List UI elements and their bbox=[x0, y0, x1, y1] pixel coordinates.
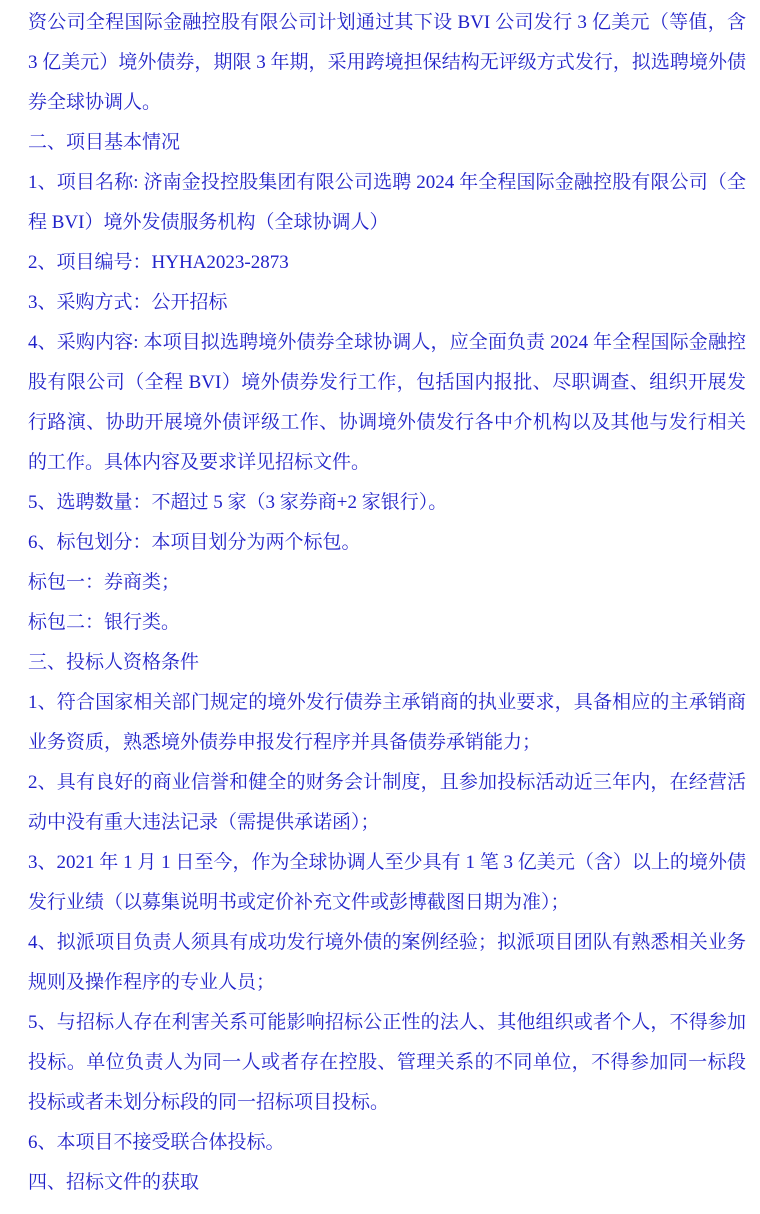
qualification-item-5: 5、与招标人存在利害关系可能影响招标公正性的法人、其他组织或者个人，不得参加投标… bbox=[28, 1003, 746, 1123]
qualification-item-2: 2、具有良好的商业信誉和健全的财务会计制度，且参加投标活动近三年内，在经营活动中… bbox=[28, 763, 746, 843]
qualification-item-1: 1、符合国家相关部门规定的境外发行债券主承销商的执业要求，具备相应的主承销商业务… bbox=[28, 683, 746, 763]
item-procurement-content: 4、采购内容: 本项目拟选聘境外债券全球协调人，应全面负责 2024 年全程国际… bbox=[28, 323, 746, 483]
item-package-one: 标包一：券商类； bbox=[28, 563, 746, 603]
paragraph-intro-continuation: 资公司全程国际金融控股有限公司计划通过其下设 BVI 公司发行 3 亿美元（等值… bbox=[28, 3, 746, 123]
item-project-number: 2、项目编号：HYHA2023-2873 bbox=[28, 243, 746, 283]
item-project-name: 1、项目名称: 济南金投控股集团有限公司选聘 2024 年全程国际金融控股有限公… bbox=[28, 163, 746, 243]
qualification-item-3: 3、2021 年 1 月 1 日至今，作为全球协调人至少具有 1 笔 3 亿美元… bbox=[28, 843, 746, 923]
qualification-item-6: 6、本项目不接受联合体投标。 bbox=[28, 1123, 746, 1163]
qualification-item-4: 4、拟派项目负责人须具有成功发行境外债的案例经验；拟派项目团队有熟悉相关业务规则… bbox=[28, 923, 746, 1003]
section-heading-project-overview: 二、项目基本情况 bbox=[28, 123, 746, 163]
item-package-division: 6、标包划分：本项目划分为两个标包。 bbox=[28, 523, 746, 563]
item-selection-quantity: 5、选聘数量：不超过 5 家（3 家券商+2 家银行）。 bbox=[28, 483, 746, 523]
item-package-two: 标包二：银行类。 bbox=[28, 603, 746, 643]
section-heading-document-acquisition: 四、招标文件的获取 bbox=[28, 1163, 746, 1203]
section-heading-bidder-qualifications: 三、投标人资格条件 bbox=[28, 643, 746, 683]
item-procurement-method: 3、采购方式：公开招标 bbox=[28, 283, 746, 323]
document-page: 资公司全程国际金融控股有限公司计划通过其下设 BVI 公司发行 3 亿美元（等值… bbox=[0, 0, 760, 1214]
